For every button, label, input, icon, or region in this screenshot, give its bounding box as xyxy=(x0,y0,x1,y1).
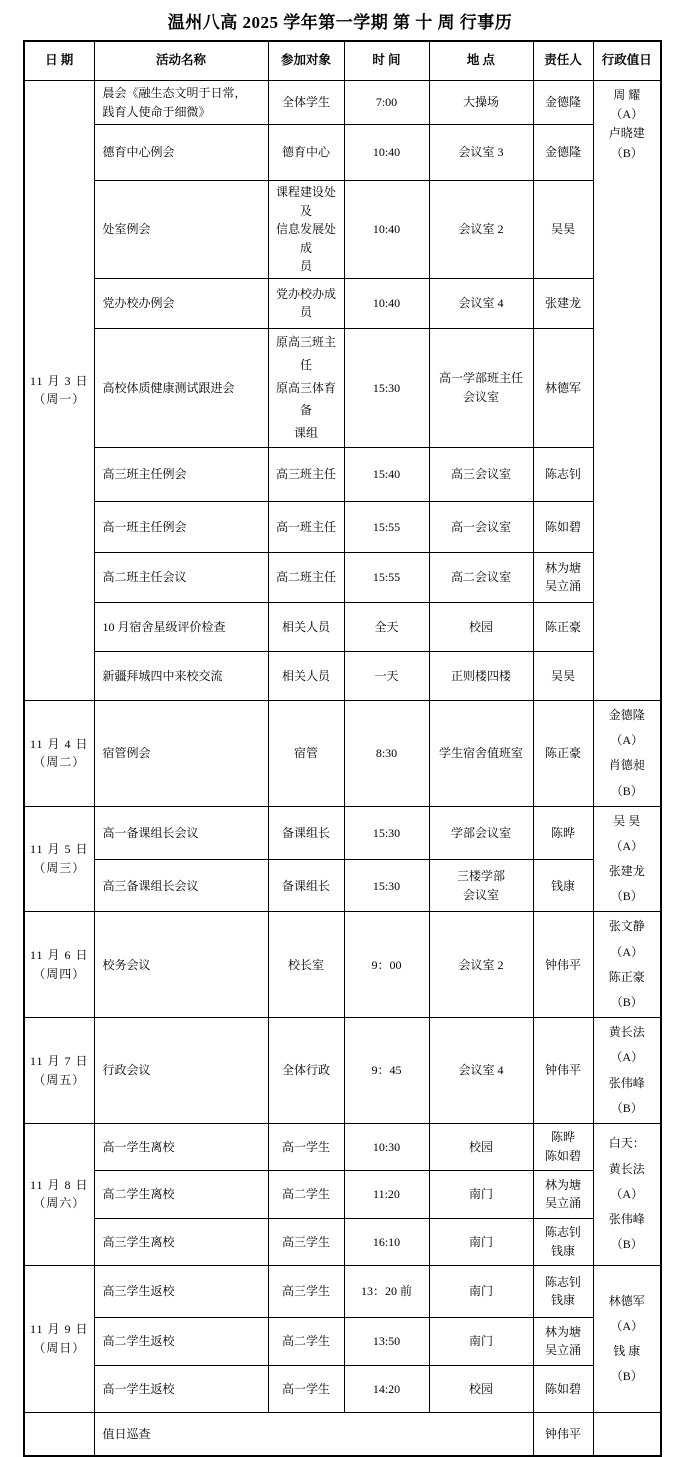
responsible-cell: 陈晔 xyxy=(533,806,593,859)
admin-duty-cell: 吴 昊 （A） 张建龙 （B） xyxy=(593,806,661,912)
location-cell: 高一学部班主任 会议室 xyxy=(429,328,533,447)
date-cell: 11 月 8 日 （周六） xyxy=(24,1123,94,1265)
participants-cell: 党办校办成员 xyxy=(268,278,344,328)
activity-cell: 高二学生返校 xyxy=(94,1317,268,1365)
admin-duty-cell: 林德军 （A） 钱 康 （B） xyxy=(593,1265,661,1412)
footer-row: 值日巡查钟伟平 xyxy=(24,1412,661,1456)
activity-cell: 高一班主任例会 xyxy=(94,501,268,552)
location-cell: 会议室 3 xyxy=(429,125,533,181)
activity-cell: 行政会议 xyxy=(94,1018,268,1124)
table-row: 11 月 4 日 （周二）宿管例会宿管8:30学生宿舍值班室陈正豪金德隆 （A）… xyxy=(24,700,661,806)
header-location: 地 点 xyxy=(429,41,533,81)
location-cell: 校园 xyxy=(429,602,533,651)
time-cell: 15:55 xyxy=(344,501,429,552)
time-cell: 7:00 xyxy=(344,81,429,125)
participants-cell: 高二班主任 xyxy=(268,552,344,602)
responsible-cell: 陈晔 陈如碧 xyxy=(533,1123,593,1170)
table-row: 高二学生返校高二学生13:50南门林为塘 吴立涌 xyxy=(24,1317,661,1365)
table-row: 高三学生离校高三学生16:10南门陈志钊 钱康 xyxy=(24,1218,661,1265)
location-cell: 南门 xyxy=(429,1218,533,1265)
date-cell: 11 月 4 日 （周二） xyxy=(24,700,94,806)
activity-cell: 高一备课组长会议 xyxy=(94,806,268,859)
table-row: 高二班主任会议高二班主任15:55高二会议室林为塘 吴立涌 xyxy=(24,552,661,602)
participants-cell: 宿管 xyxy=(268,700,344,806)
table-row: 11 月 8 日 （周六）高一学生离校高一学生10:30校园陈晔 陈如碧白天： … xyxy=(24,1123,661,1170)
activity-cell: 高三备课组长会议 xyxy=(94,860,268,912)
time-cell: 15:30 xyxy=(344,806,429,859)
time-cell: 10:40 xyxy=(344,278,429,328)
admin-duty-cell xyxy=(593,1412,661,1456)
participants-cell: 全体学生 xyxy=(268,81,344,125)
header-participants: 参加对象 xyxy=(268,41,344,81)
admin-duty-cell: 张文静 （A） 陈正豪 （B） xyxy=(593,912,661,1018)
time-cell: 一天 xyxy=(344,651,429,700)
table-row: 11 月 7 日 （周五）行政会议全体行政9：45会议室 4钟伟平黄长法 （A）… xyxy=(24,1018,661,1124)
time-cell: 10:40 xyxy=(344,181,429,279)
responsible-cell: 钟伟平 xyxy=(533,1018,593,1124)
responsible-cell: 林为塘 吴立涌 xyxy=(533,1317,593,1365)
admin-duty-cell: 白天： 黄长法 （A） 张伟峰 （B） xyxy=(593,1123,661,1265)
date-cell xyxy=(24,1412,94,1456)
participants-cell: 原高三班主任 原高三体育备 课组 xyxy=(268,328,344,447)
location-cell: 学生宿舍值班室 xyxy=(429,700,533,806)
table-row: 11 月 9 日 （周日）高三学生返校高三学生13：20 前南门陈志钊 钱康林德… xyxy=(24,1265,661,1317)
activity-cell: 10 月宿舍星级评价检查 xyxy=(94,602,268,651)
time-cell: 15:40 xyxy=(344,447,429,501)
activity-cell: 宿管例会 xyxy=(94,700,268,806)
time-cell: 13:50 xyxy=(344,1317,429,1365)
location-cell: 南门 xyxy=(429,1170,533,1218)
participants-cell: 高三学生 xyxy=(268,1218,344,1265)
time-cell: 13：20 前 xyxy=(344,1265,429,1317)
location-cell: 三楼学部 会议室 xyxy=(429,860,533,912)
time-cell: 8:30 xyxy=(344,700,429,806)
calendar-table: 日 期 活动名称 参加对象 时 间 地 点 责任人 行政值日 11 月 3 日 … xyxy=(23,40,662,1457)
responsible-cell: 钱康 xyxy=(533,860,593,912)
participants-cell: 高一学生 xyxy=(268,1365,344,1412)
activity-cell: 高一学生离校 xyxy=(94,1123,268,1170)
time-cell: 16:10 xyxy=(344,1218,429,1265)
responsible-cell: 吴昊 xyxy=(533,181,593,279)
location-cell: 会议室 2 xyxy=(429,181,533,279)
activity-cell: 高二班主任会议 xyxy=(94,552,268,602)
calendar-body: 11 月 3 日 （周一）晨会《融生态文明于日常， 践育人使命于细微》全体学生7… xyxy=(24,81,661,1457)
responsible-cell: 金德隆 xyxy=(533,125,593,181)
responsible-cell: 林为塘 吴立涌 xyxy=(533,552,593,602)
responsible-cell: 陈志钊 钱康 xyxy=(533,1265,593,1317)
table-row: 高三班主任例会高三班主任15:40高三会议室陈志钊 xyxy=(24,447,661,501)
time-cell: 15:30 xyxy=(344,860,429,912)
table-row: 11 月 3 日 （周一）晨会《融生态文明于日常， 践育人使命于细微》全体学生7… xyxy=(24,81,661,125)
location-cell: 会议室 2 xyxy=(429,912,533,1018)
location-cell: 会议室 4 xyxy=(429,278,533,328)
participants-cell: 备课组长 xyxy=(268,806,344,859)
date-cell: 11 月 9 日 （周日） xyxy=(24,1265,94,1412)
page: 温州八高 2025 学年第一学期 第 十 周 行事历 日 期 活动名称 参加对象… xyxy=(0,8,680,1457)
time-cell: 11:20 xyxy=(344,1170,429,1218)
activity-cell: 新疆拜城四中来校交流 xyxy=(94,651,268,700)
location-cell: 正则楼四楼 xyxy=(429,651,533,700)
participants-cell: 校长室 xyxy=(268,912,344,1018)
participants-cell: 相关人员 xyxy=(268,602,344,651)
table-row: 高一学生返校高一学生14:20校园陈如碧 xyxy=(24,1365,661,1412)
location-cell: 南门 xyxy=(429,1317,533,1365)
header-activity: 活动名称 xyxy=(94,41,268,81)
admin-duty-cell: 黄长法 （A） 张伟峰 （B） xyxy=(593,1018,661,1124)
responsible-cell: 钟伟平 xyxy=(533,912,593,1018)
table-row: 高三备课组长会议备课组长15:30三楼学部 会议室钱康 xyxy=(24,860,661,912)
time-cell: 14:20 xyxy=(344,1365,429,1412)
header-admin-duty: 行政值日 xyxy=(593,41,661,81)
date-cell: 11 月 5 日 （周三） xyxy=(24,806,94,912)
table-row: 10 月宿舍星级评价检查相关人员全天校园陈正豪 xyxy=(24,602,661,651)
header-date: 日 期 xyxy=(24,41,94,81)
table-row: 高校体质健康测试跟进会原高三班主任 原高三体育备 课组15:30高一学部班主任 … xyxy=(24,328,661,447)
location-cell: 校园 xyxy=(429,1123,533,1170)
admin-duty-cell: 金德隆 （A） 肖德昶 （B） xyxy=(593,700,661,806)
responsible-cell: 陈正豪 xyxy=(533,700,593,806)
participants-cell: 德育中心 xyxy=(268,125,344,181)
time-cell: 9：00 xyxy=(344,912,429,1018)
table-row: 11 月 5 日 （周三）高一备课组长会议备课组长15:30学部会议室陈晔吴 昊… xyxy=(24,806,661,859)
responsible-cell: 陈如碧 xyxy=(533,501,593,552)
responsible-cell: 林德军 xyxy=(533,328,593,447)
activity-cell: 高三班主任例会 xyxy=(94,447,268,501)
activity-cell: 德育中心例会 xyxy=(94,125,268,181)
activity-cell: 高二学生离校 xyxy=(94,1170,268,1218)
table-row: 11 月 6 日 （周四）校务会议校长室9：00会议室 2钟伟平张文静 （A） … xyxy=(24,912,661,1018)
participants-cell: 高二学生 xyxy=(268,1317,344,1365)
activity-cell: 高一学生返校 xyxy=(94,1365,268,1412)
participants-cell: 全体行政 xyxy=(268,1018,344,1124)
participants-cell: 高三班主任 xyxy=(268,447,344,501)
location-cell: 会议室 4 xyxy=(429,1018,533,1124)
time-cell: 9：45 xyxy=(344,1018,429,1124)
responsible-cell: 林为塘 吴立涌 xyxy=(533,1170,593,1218)
date-cell: 11 月 6 日 （周四） xyxy=(24,912,94,1018)
participants-cell: 高三学生 xyxy=(268,1265,344,1317)
time-cell: 10:40 xyxy=(344,125,429,181)
activity-cell: 晨会《融生态文明于日常， 践育人使命于细微》 xyxy=(94,81,268,125)
header-responsible: 责任人 xyxy=(533,41,593,81)
activity-cell: 校务会议 xyxy=(94,912,268,1018)
header-row: 日 期 活动名称 参加对象 时 间 地 点 责任人 行政值日 xyxy=(24,41,661,81)
table-row: 处室例会课程建设处及 信息发展处成 员10:40会议室 2吴昊 xyxy=(24,181,661,279)
location-cell: 高一会议室 xyxy=(429,501,533,552)
participants-cell: 相关人员 xyxy=(268,651,344,700)
date-cell: 11 月 7 日 （周五） xyxy=(24,1018,94,1124)
time-cell: 10:30 xyxy=(344,1123,429,1170)
admin-duty-cell: 周 耀 （A） 卢晓建 （B） xyxy=(593,81,661,701)
activity-cell: 高三学生离校 xyxy=(94,1218,268,1265)
activity-cell: 处室例会 xyxy=(94,181,268,279)
table-row: 德育中心例会德育中心10:40会议室 3金德隆 xyxy=(24,125,661,181)
table-row: 高一班主任例会高一班主任15:55高一会议室陈如碧 xyxy=(24,501,661,552)
table-row: 党办校办例会党办校办成员10:40会议室 4张建龙 xyxy=(24,278,661,328)
activity-cell: 值日巡查 xyxy=(94,1412,533,1456)
table-row: 新疆拜城四中来校交流相关人员一天正则楼四楼吴昊 xyxy=(24,651,661,700)
responsible-cell: 陈正豪 xyxy=(533,602,593,651)
activity-cell: 党办校办例会 xyxy=(94,278,268,328)
activity-cell: 高校体质健康测试跟进会 xyxy=(94,328,268,447)
table-row: 高二学生离校高二学生11:20南门林为塘 吴立涌 xyxy=(24,1170,661,1218)
time-cell: 15:30 xyxy=(344,328,429,447)
responsible-cell: 陈志钊 钱康 xyxy=(533,1218,593,1265)
participants-cell: 高一学生 xyxy=(268,1123,344,1170)
responsible-cell: 张建龙 xyxy=(533,278,593,328)
responsible-cell: 金德隆 xyxy=(533,81,593,125)
time-cell: 全天 xyxy=(344,602,429,651)
page-title: 温州八高 2025 学年第一学期 第 十 周 行事历 xyxy=(0,8,680,33)
location-cell: 学部会议室 xyxy=(429,806,533,859)
participants-cell: 课程建设处及 信息发展处成 员 xyxy=(268,181,344,279)
responsible-cell: 钟伟平 xyxy=(533,1412,593,1456)
location-cell: 南门 xyxy=(429,1265,533,1317)
responsible-cell: 吴昊 xyxy=(533,651,593,700)
responsible-cell: 陈如碧 xyxy=(533,1365,593,1412)
responsible-cell: 陈志钊 xyxy=(533,447,593,501)
location-cell: 大操场 xyxy=(429,81,533,125)
location-cell: 校园 xyxy=(429,1365,533,1412)
activity-cell: 高三学生返校 xyxy=(94,1265,268,1317)
participants-cell: 备课组长 xyxy=(268,860,344,912)
location-cell: 高三会议室 xyxy=(429,447,533,501)
header-time: 时 间 xyxy=(344,41,429,81)
participants-cell: 高一班主任 xyxy=(268,501,344,552)
location-cell: 高二会议室 xyxy=(429,552,533,602)
participants-cell: 高二学生 xyxy=(268,1170,344,1218)
date-cell: 11 月 3 日 （周一） xyxy=(24,81,94,701)
time-cell: 15:55 xyxy=(344,552,429,602)
